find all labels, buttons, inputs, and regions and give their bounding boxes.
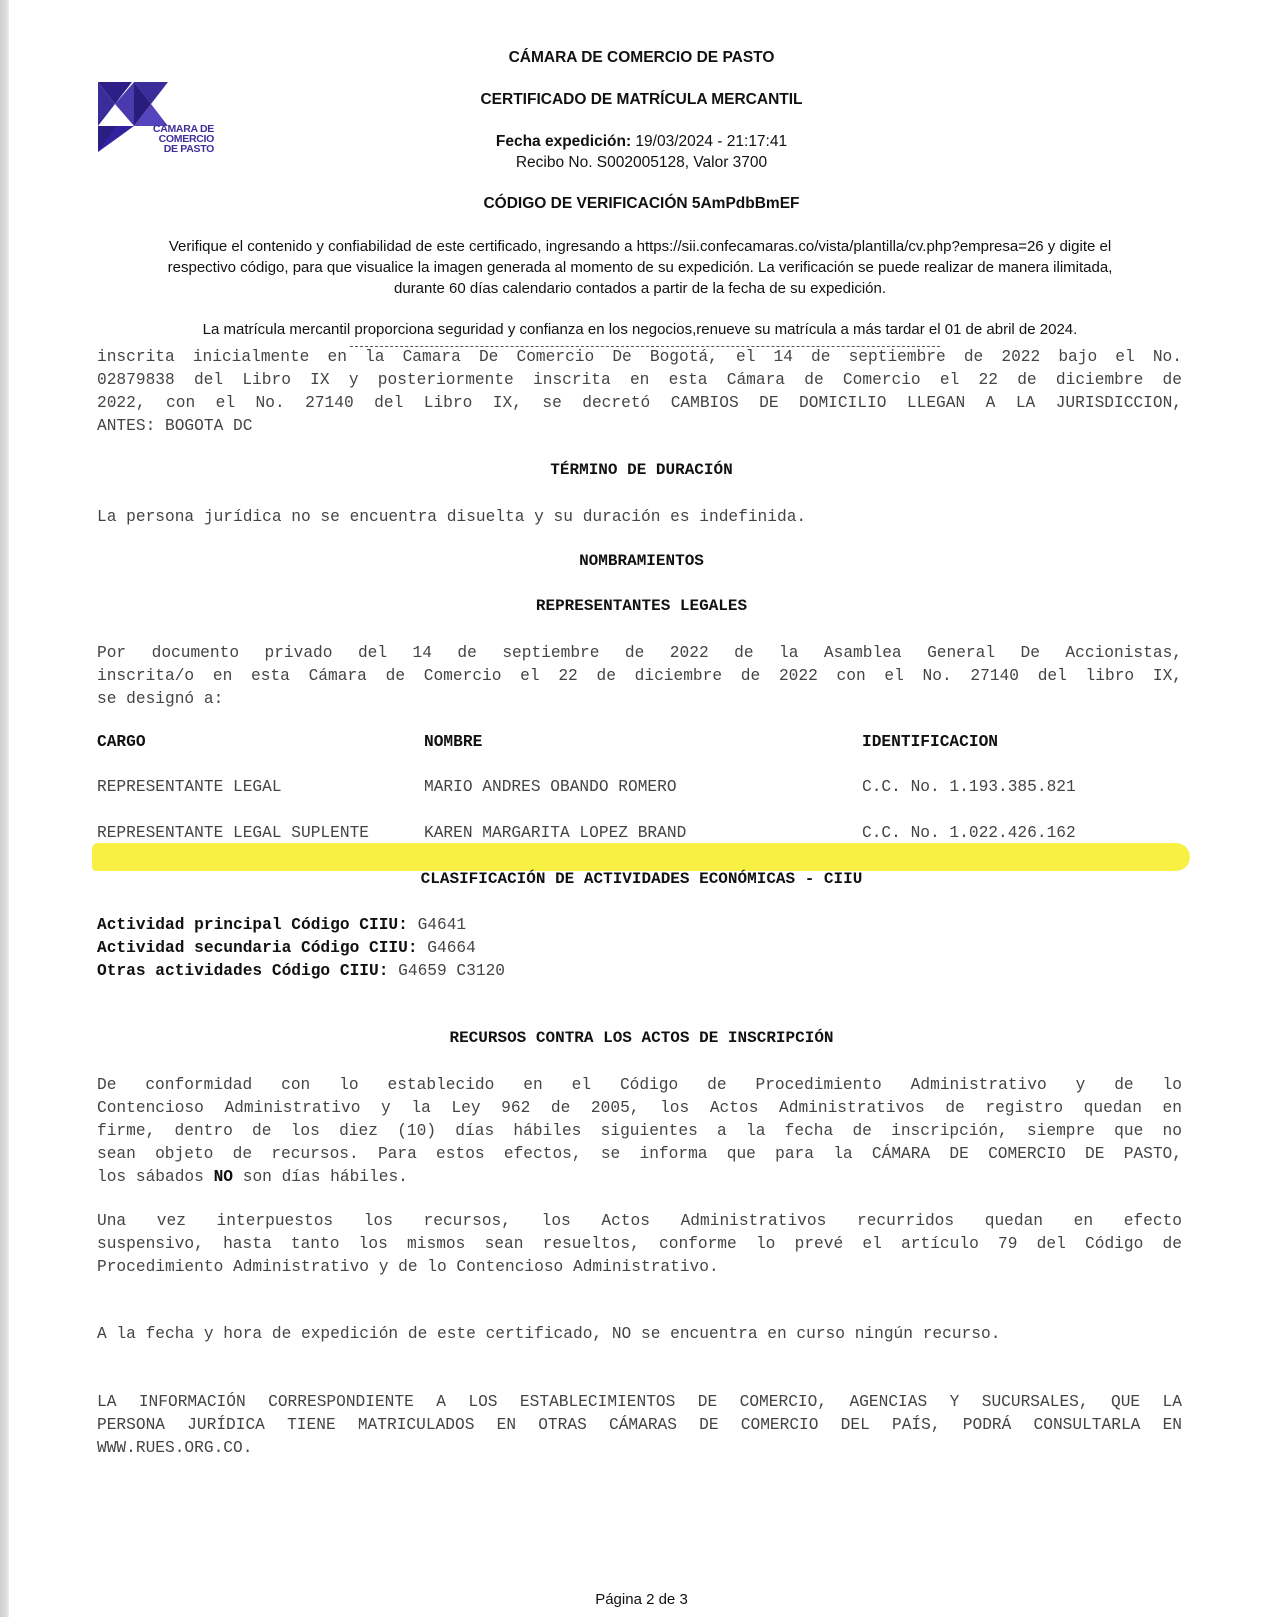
cell-nombre: MARIO ANDRES OBANDO ROMERO (424, 778, 677, 796)
termino-text: La persona jurídica no se encuentra disu… (97, 506, 1182, 529)
column-header-identificacion: IDENTIFICACION (862, 733, 998, 751)
paragraph-line: suspensivo, hasta tanto los mismos sean … (97, 1233, 1182, 1256)
paragraph-line: La persona jurídica no se encuentra disu… (97, 506, 1182, 529)
issue-date-label: Fecha expedición: (496, 133, 631, 150)
verification-instructions: Verifique el contenido y confiabilidad d… (110, 236, 1170, 299)
paragraph-line: ANTES: BOGOTA DC (97, 415, 1182, 438)
paragraph-line: se designó a: (97, 688, 1182, 711)
renewal-notice: La matrícula mercantil proporciona segur… (110, 321, 1170, 338)
section-heading-nombramientos: NOMBRAMIENTOS (0, 552, 1263, 570)
cell-nombre: KAREN MARGARITA LOPEZ BRAND (424, 824, 686, 842)
table-row: REPRESENTANTE LEGAL MARIO ANDRES OBANDO … (97, 778, 1187, 801)
ciiu-label: Otras actividades Código CIIU: (97, 962, 388, 980)
paragraph-line: WWW.RUES.ORG.CO. (97, 1437, 1182, 1460)
highlighter-mark (92, 843, 1190, 871)
issue-date: Fecha expedición: 19/03/2024 - 21:17:41 (0, 133, 1263, 151)
verify-line: respectivo código, para que visualice la… (110, 257, 1170, 278)
ciiu-principal: Actividad principal Código CIIU: G4641 (97, 914, 466, 937)
paragraph-line: Contencioso Administrativo y la Ley 962 … (97, 1097, 1182, 1120)
paragraph-line: 2022, con el No. 27140 del Libro IX, se … (97, 392, 1182, 415)
receipt-info: Recibo No. S002005128, Valor 3700 (0, 154, 1263, 172)
viewer-left-edge (0, 0, 9, 1617)
page-number: Página 2 de 3 (0, 1591, 1263, 1608)
paragraph-line: 02879838 del Libro IX y posteriormente i… (97, 369, 1182, 392)
section-heading-ciiu: CLASIFICACIÓN DE ACTIVIDADES ECONÓMICAS … (0, 870, 1263, 888)
cell-identificacion: C.C. No. 1.022.426.162 (862, 824, 1076, 842)
text-fragment: los sábados (97, 1168, 214, 1186)
section-subheading-representantes: REPRESENTANTES LEGALES (0, 597, 1263, 615)
paragraph-line: firme, dentro de los diez (10) días hábi… (97, 1120, 1182, 1143)
paragraph-line: sean objeto de recursos. Para estos efec… (97, 1143, 1182, 1166)
ciiu-otras: Otras actividades Código CIIU: G4659 C31… (97, 960, 505, 983)
table-row-highlighted: REPRESENTANTE LEGAL SUPLENTE KAREN MARGA… (97, 824, 1187, 847)
paragraph-line: LA INFORMACIÓN CORRESPONDIENTE A LOS EST… (97, 1391, 1182, 1414)
ciiu-label: Actividad secundaria Código CIIU: (97, 939, 418, 957)
designation-paragraph: Por documento privado del 14 de septiemb… (97, 642, 1182, 711)
paragraph-line: De conformidad con lo establecido en el … (97, 1074, 1182, 1097)
ciiu-secundaria: Actividad secundaria Código CIIU: G4664 (97, 937, 476, 960)
representatives-table-header: CARGO NOMBRE IDENTIFICACION (97, 733, 1187, 756)
recursos-paragraph-2: Una vez interpuestos los recursos, los A… (97, 1210, 1182, 1279)
section-heading-termino: TÉRMINO DE DURACIÓN (0, 461, 1263, 479)
verification-code: CÓDIGO DE VERIFICACIÓN 5AmPdbBmEF (0, 195, 1263, 213)
paragraph-line: Por documento privado del 14 de septiemb… (97, 642, 1182, 665)
cell-identificacion: C.C. No. 1.193.385.821 (862, 778, 1076, 796)
column-header-cargo: CARGO (97, 733, 146, 751)
recursos-paragraph-1: De conformidad con lo establecido en el … (97, 1074, 1182, 1189)
paragraph-line: Procedimiento Administrativo y de lo Con… (97, 1256, 1182, 1279)
certificate-title: CERTIFICADO DE MATRÍCULA MERCANTIL (0, 91, 1263, 109)
section-heading-recursos: RECURSOS CONTRA LOS ACTOS DE INSCRIPCIÓN (0, 1029, 1263, 1047)
paragraph-line: los sábados NO son días hábiles. (97, 1166, 1182, 1189)
rues-notice: LA INFORMACIÓN CORRESPONDIENTE A LOS EST… (97, 1391, 1182, 1460)
chamber-title: CÁMARA DE COMERCIO DE PASTO (0, 49, 1263, 67)
ciiu-value: G4664 (418, 939, 476, 957)
issue-date-value: 19/03/2024 - 21:17:41 (631, 133, 787, 150)
paragraph-line: Una vez interpuestos los recursos, los A… (97, 1210, 1182, 1233)
ciiu-label: Actividad principal Código CIIU: (97, 916, 408, 934)
paragraph-line: PERSONA JURÍDICA TIENE MATRICULADOS EN O… (97, 1414, 1182, 1437)
text-fragment: son días hábiles. (233, 1168, 408, 1186)
registration-paragraph: inscrita inicialmente en la Camara De Co… (97, 346, 1182, 438)
recursos-status: A la fecha y hora de expedición de este … (97, 1323, 1182, 1346)
verify-line: Verifique el contenido y confiabilidad d… (110, 236, 1170, 257)
verify-line: durante 60 días calendario contados a pa… (110, 278, 1170, 299)
ciiu-value: G4641 (408, 916, 466, 934)
cell-cargo: REPRESENTANTE LEGAL (97, 778, 282, 796)
emphasis-no: NO (214, 1168, 233, 1186)
paragraph-line: inscrita/o en esta Cámara de Comercio el… (97, 665, 1182, 688)
cell-cargo: REPRESENTANTE LEGAL SUPLENTE (97, 824, 369, 842)
paragraph-line: inscrita inicialmente en la Camara De Co… (97, 346, 1182, 369)
column-header-nombre: NOMBRE (424, 733, 482, 751)
ciiu-value: G4659 C3120 (388, 962, 505, 980)
paragraph-line: A la fecha y hora de expedición de este … (97, 1323, 1182, 1346)
